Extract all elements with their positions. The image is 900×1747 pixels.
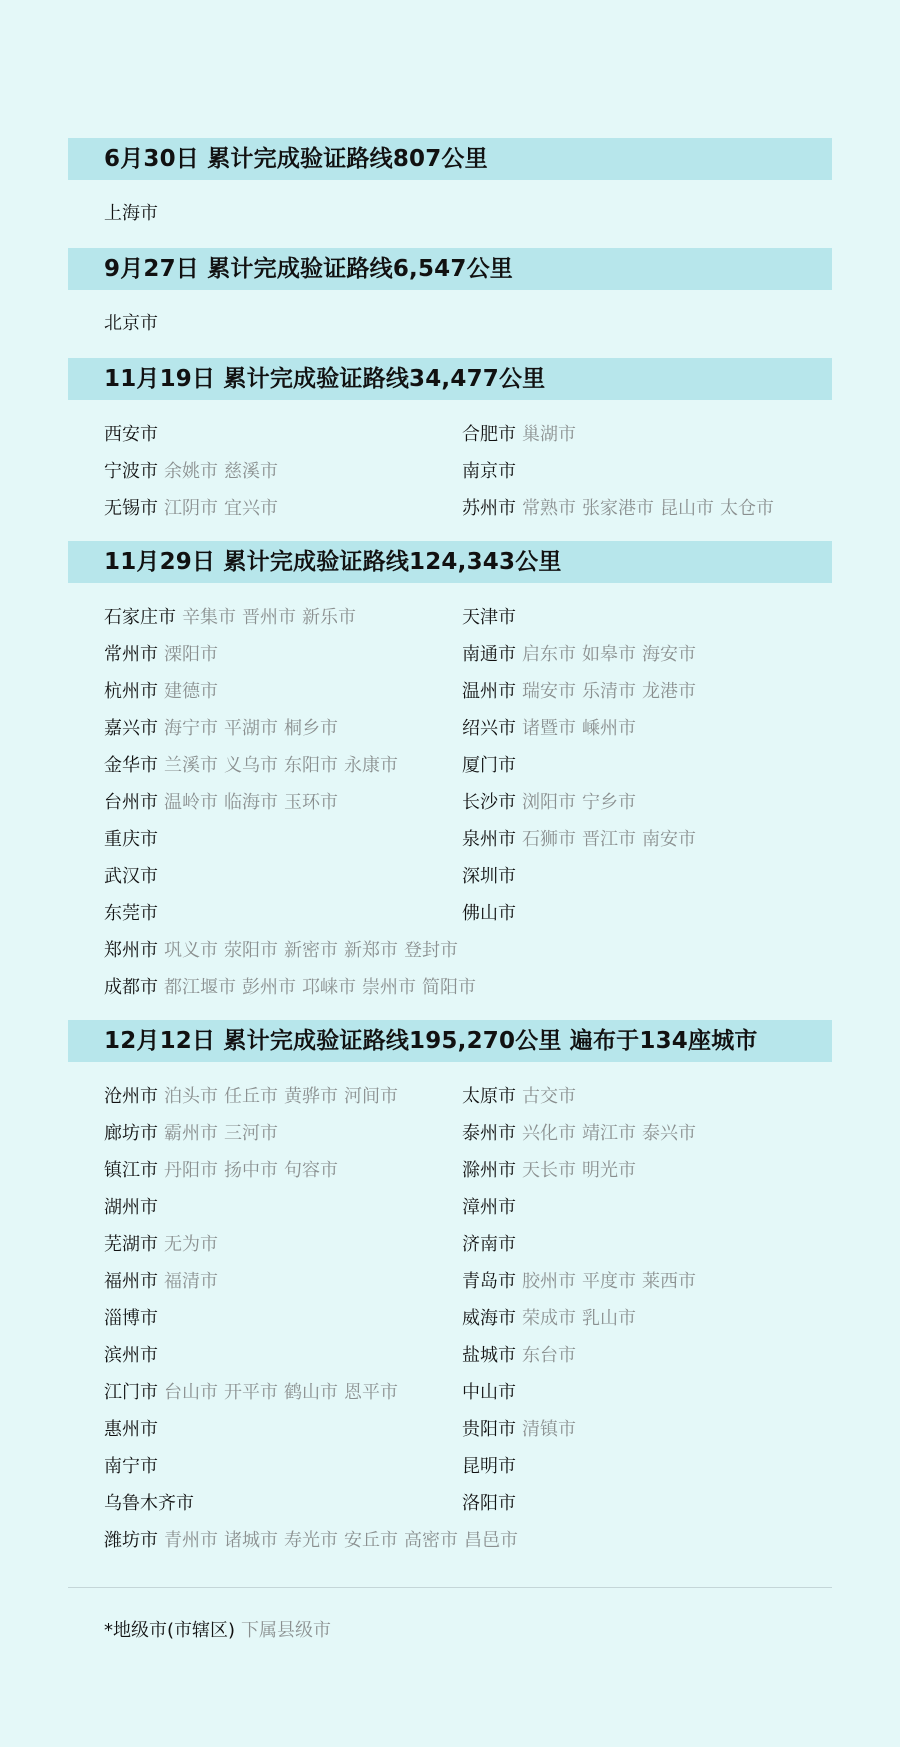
city-name: 佛山市 — [462, 903, 516, 924]
city-entry: 南通市启东市如皋市海安市 — [462, 636, 820, 673]
city-entry: 滁州市天长市明光市 — [462, 1152, 820, 1189]
city-row: 东莞市佛山市 — [104, 895, 832, 932]
city-row: 廊坊市霸州市三河市泰州市兴化市靖江市泰兴市 — [104, 1115, 832, 1152]
city-row: 杭州市建德市温州市瑞安市乐清市龙港市 — [104, 673, 832, 710]
county-city-name: 晋江市 — [582, 829, 636, 850]
county-city-list: 都江堰市彭州市邛崃市崇州市简阳市 — [164, 977, 482, 998]
county-city-list: 瑞安市乐清市龙港市 — [522, 681, 702, 702]
city-row: 湖州市漳州市 — [104, 1189, 832, 1226]
county-city-name: 诸城市 — [224, 1530, 278, 1551]
county-city-name: 无为市 — [164, 1234, 218, 1255]
county-city-name: 平度市 — [582, 1271, 636, 1292]
county-city-name: 南安市 — [642, 829, 696, 850]
city-name: 石家庄市 — [104, 607, 176, 628]
city-entry: 常州市溧阳市 — [104, 636, 462, 673]
county-city-name: 慈溪市 — [224, 461, 278, 482]
county-city-name: 昆山市 — [660, 498, 714, 519]
county-city-name: 溧阳市 — [164, 644, 218, 665]
city-entry: 南京市 — [462, 453, 820, 490]
city-entry: 绍兴市诸暨市嵊州市 — [462, 710, 820, 747]
county-city-name: 靖江市 — [582, 1123, 636, 1144]
city-name: 漳州市 — [462, 1197, 516, 1218]
city-entry: 苏州市常熟市张家港市昆山市太仓市 — [462, 490, 820, 527]
county-city-list: 江阴市宜兴市 — [164, 498, 284, 519]
city-row: 镇江市丹阳市扬中市句容市滁州市天长市明光市 — [104, 1152, 832, 1189]
county-city-name: 黄骅市 — [284, 1086, 338, 1107]
county-city-name: 江阴市 — [164, 498, 218, 519]
city-name: 昆明市 — [462, 1456, 516, 1477]
city-list: 西安市合肥市巢湖市宁波市余姚市慈溪市南京市无锡市江阴市宜兴市苏州市常熟市张家港市… — [68, 400, 832, 541]
city-name: 宁波市 — [104, 461, 158, 482]
city-entry: 洛阳市 — [462, 1485, 820, 1522]
city-list: 沧州市泊头市任丘市黄骅市河间市太原市古交市廊坊市霸州市三河市泰州市兴化市靖江市泰… — [68, 1062, 832, 1573]
county-city-name: 宜兴市 — [224, 498, 278, 519]
city-row: 惠州市贵阳市清镇市 — [104, 1411, 832, 1448]
city-entry: 贵阳市清镇市 — [462, 1411, 820, 1448]
footnote: *地级市(市辖区)下属县级市 — [68, 1588, 832, 1642]
county-city-name: 青州市 — [164, 1530, 218, 1551]
city-name: 贵阳市 — [462, 1419, 516, 1440]
county-city-list: 古交市 — [522, 1086, 582, 1107]
county-city-name: 寿光市 — [284, 1530, 338, 1551]
county-city-name: 开平市 — [224, 1382, 278, 1403]
county-city-name: 建德市 — [164, 681, 218, 702]
county-city-list: 巢湖市 — [522, 424, 582, 445]
city-name: 东莞市 — [104, 903, 158, 924]
city-entry: 东莞市 — [104, 895, 462, 932]
county-city-name: 简阳市 — [422, 977, 476, 998]
city-name: 南京市 — [462, 461, 516, 482]
county-city-list: 启东市如皋市海安市 — [522, 644, 702, 665]
city-entry: 武汉市 — [104, 858, 462, 895]
city-name: 嘉兴市 — [104, 718, 158, 739]
county-city-name: 东阳市 — [284, 755, 338, 776]
city-row: 乌鲁木齐市洛阳市 — [104, 1485, 832, 1522]
city-name: 杭州市 — [104, 681, 158, 702]
county-city-list: 余姚市慈溪市 — [164, 461, 284, 482]
county-city-name: 诸暨市 — [522, 718, 576, 739]
city-row: 江门市台山市开平市鹤山市恩平市中山市 — [104, 1374, 832, 1411]
city-name: 乌鲁木齐市 — [104, 1493, 194, 1514]
county-city-name: 古交市 — [522, 1086, 576, 1107]
city-name: 泰州市 — [462, 1123, 516, 1144]
city-entry: 泉州市石狮市晋江市南安市 — [462, 821, 820, 858]
county-city-name: 邛崃市 — [302, 977, 356, 998]
county-city-name: 崇州市 — [362, 977, 416, 998]
county-city-name: 句容市 — [284, 1160, 338, 1181]
section-header: 11月19日 累计完成验证路线34,477公里 — [68, 358, 832, 400]
city-name: 洛阳市 — [462, 1493, 516, 1514]
city-row: 武汉市深圳市 — [104, 858, 832, 895]
county-city-name: 嵊州市 — [582, 718, 636, 739]
city-entry: 乌鲁木齐市 — [104, 1485, 462, 1522]
city-entry: 泰州市兴化市靖江市泰兴市 — [462, 1115, 820, 1152]
county-city-name: 启东市 — [522, 644, 576, 665]
county-city-name: 登封市 — [404, 940, 458, 961]
city-entry: 江门市台山市开平市鹤山市恩平市 — [104, 1374, 462, 1411]
city-entry: 漳州市 — [462, 1189, 820, 1226]
county-city-name: 恩平市 — [344, 1382, 398, 1403]
city-name: 潍坊市 — [104, 1530, 158, 1551]
city-name: 沧州市 — [104, 1086, 158, 1107]
city-entry: 惠州市 — [104, 1411, 462, 1448]
city-name: 台州市 — [104, 792, 158, 813]
section-header: 12月12日 累计完成验证路线195,270公里 遍布于134座城市 — [68, 1020, 832, 1062]
city-name: 西安市 — [104, 424, 158, 445]
city-entry: 台州市温岭市临海市玉环市 — [104, 784, 462, 821]
section-header: 11月29日 累计完成验证路线124,343公里 — [68, 541, 832, 583]
city-name: 常州市 — [104, 644, 158, 665]
city-name: 深圳市 — [462, 866, 516, 887]
city-entry: 镇江市丹阳市扬中市句容市 — [104, 1152, 462, 1189]
county-city-name: 扬中市 — [224, 1160, 278, 1181]
county-city-name: 河间市 — [344, 1086, 398, 1107]
city-entry: 合肥市巢湖市 — [462, 416, 820, 453]
county-city-name: 兴化市 — [522, 1123, 576, 1144]
section-header: 6月30日 累计完成验证路线807公里 — [68, 138, 832, 180]
city-entry: 青岛市胶州市平度市莱西市 — [462, 1263, 820, 1300]
city-row: 石家庄市辛集市晋州市新乐市天津市 — [104, 599, 832, 636]
county-city-name: 义乌市 — [224, 755, 278, 776]
county-city-name: 新郑市 — [344, 940, 398, 961]
city-name: 盐城市 — [462, 1345, 516, 1366]
city-name: 芜湖市 — [104, 1234, 158, 1255]
city-entry: 郑州市巩义市荥阳市新密市新郑市登封市 — [104, 932, 824, 969]
county-city-name: 温岭市 — [164, 792, 218, 813]
county-city-name: 海宁市 — [164, 718, 218, 739]
county-city-name: 台山市 — [164, 1382, 218, 1403]
city-name: 北京市 — [68, 290, 832, 358]
county-city-name: 临海市 — [224, 792, 278, 813]
county-city-name: 三河市 — [224, 1123, 278, 1144]
city-entry: 金华市兰溪市义乌市东阳市永康市 — [104, 747, 462, 784]
city-entry: 济南市 — [462, 1226, 820, 1263]
county-city-list: 青州市诸城市寿光市安丘市高密市昌邑市 — [164, 1530, 524, 1551]
city-name: 惠州市 — [104, 1419, 158, 1440]
city-name: 绍兴市 — [462, 718, 516, 739]
county-city-name: 丹阳市 — [164, 1160, 218, 1181]
city-entry: 长沙市浏阳市宁乡市 — [462, 784, 820, 821]
county-city-name: 荣成市 — [522, 1308, 576, 1329]
city-entry: 芜湖市无为市 — [104, 1226, 462, 1263]
county-city-list: 兰溪市义乌市东阳市永康市 — [164, 755, 404, 776]
county-city-name: 昌邑市 — [464, 1530, 518, 1551]
city-entry: 湖州市 — [104, 1189, 462, 1226]
county-city-name: 张家港市 — [582, 498, 654, 519]
city-name: 镇江市 — [104, 1160, 158, 1181]
county-city-name: 龙港市 — [642, 681, 696, 702]
city-name: 武汉市 — [104, 866, 158, 887]
county-city-list: 诸暨市嵊州市 — [522, 718, 642, 739]
county-city-list: 海宁市平湖市桐乡市 — [164, 718, 344, 739]
footnote-primary: *地级市(市辖区) — [104, 1620, 235, 1641]
city-entry: 太原市古交市 — [462, 1078, 820, 1115]
city-row: 金华市兰溪市义乌市东阳市永康市厦门市 — [104, 747, 832, 784]
city-row: 无锡市江阴市宜兴市苏州市常熟市张家港市昆山市太仓市 — [104, 490, 832, 527]
county-city-list: 清镇市 — [522, 1419, 582, 1440]
county-city-list: 溧阳市 — [164, 644, 224, 665]
county-city-name: 高密市 — [404, 1530, 458, 1551]
city-name: 郑州市 — [104, 940, 158, 961]
city-entry: 中山市 — [462, 1374, 820, 1411]
city-entry: 沧州市泊头市任丘市黄骅市河间市 — [104, 1078, 462, 1115]
city-entry: 威海市荣成市乳山市 — [462, 1300, 820, 1337]
city-row: 南宁市昆明市 — [104, 1448, 832, 1485]
city-row: 郑州市巩义市荥阳市新密市新郑市登封市 — [104, 932, 832, 969]
city-entry: 无锡市江阴市宜兴市 — [104, 490, 462, 527]
city-entry: 石家庄市辛集市晋州市新乐市 — [104, 599, 462, 636]
county-city-name: 巢湖市 — [522, 424, 576, 445]
city-name: 江门市 — [104, 1382, 158, 1403]
county-city-list: 无为市 — [164, 1234, 224, 1255]
city-list: 石家庄市辛集市晋州市新乐市天津市常州市溧阳市南通市启东市如皋市海安市杭州市建德市… — [68, 583, 832, 1020]
city-name: 苏州市 — [462, 498, 516, 519]
city-entry: 宁波市余姚市慈溪市 — [104, 453, 462, 490]
county-city-list: 温岭市临海市玉环市 — [164, 792, 344, 813]
city-entry: 成都市都江堰市彭州市邛崃市崇州市简阳市 — [104, 969, 824, 1006]
city-name: 重庆市 — [104, 829, 158, 850]
city-entry: 温州市瑞安市乐清市龙港市 — [462, 673, 820, 710]
city-entry: 杭州市建德市 — [104, 673, 462, 710]
city-entry: 天津市 — [462, 599, 820, 636]
city-row: 重庆市泉州市石狮市晋江市南安市 — [104, 821, 832, 858]
county-city-name: 平湖市 — [224, 718, 278, 739]
county-city-list: 辛集市晋州市新乐市 — [182, 607, 362, 628]
city-row: 常州市溧阳市南通市启东市如皋市海安市 — [104, 636, 832, 673]
county-city-list: 石狮市晋江市南安市 — [522, 829, 702, 850]
city-row: 台州市温岭市临海市玉环市长沙市浏阳市宁乡市 — [104, 784, 832, 821]
route-validation-document: 6月30日 累计完成验证路线807公里上海市9月27日 累计完成验证路线6,54… — [68, 138, 832, 1642]
city-row: 滨州市盐城市东台市 — [104, 1337, 832, 1374]
county-city-name: 明光市 — [582, 1160, 636, 1181]
county-city-name: 安丘市 — [344, 1530, 398, 1551]
county-city-name: 石狮市 — [522, 829, 576, 850]
county-city-name: 桐乡市 — [284, 718, 338, 739]
section-header: 9月27日 累计完成验证路线6,547公里 — [68, 248, 832, 290]
county-city-list: 霸州市三河市 — [164, 1123, 284, 1144]
city-name: 金华市 — [104, 755, 158, 776]
city-entry: 厦门市 — [462, 747, 820, 784]
county-city-name: 如皋市 — [582, 644, 636, 665]
county-city-list: 台山市开平市鹤山市恩平市 — [164, 1382, 404, 1403]
city-entry: 潍坊市青州市诸城市寿光市安丘市高密市昌邑市 — [104, 1522, 824, 1559]
city-name: 太原市 — [462, 1086, 516, 1107]
county-city-list: 巩义市荥阳市新密市新郑市登封市 — [164, 940, 464, 961]
city-row: 成都市都江堰市彭州市邛崃市崇州市简阳市 — [104, 969, 832, 1006]
city-name: 青岛市 — [462, 1271, 516, 1292]
county-city-list: 浏阳市宁乡市 — [522, 792, 642, 813]
city-entry: 西安市 — [104, 416, 462, 453]
county-city-list: 东台市 — [522, 1345, 582, 1366]
county-city-name: 余姚市 — [164, 461, 218, 482]
city-entry: 福州市福清市 — [104, 1263, 462, 1300]
city-entry: 南宁市 — [104, 1448, 462, 1485]
county-city-name: 太仓市 — [720, 498, 774, 519]
city-row: 嘉兴市海宁市平湖市桐乡市绍兴市诸暨市嵊州市 — [104, 710, 832, 747]
city-name: 温州市 — [462, 681, 516, 702]
county-city-name: 清镇市 — [522, 1419, 576, 1440]
county-city-name: 霸州市 — [164, 1123, 218, 1144]
city-name: 福州市 — [104, 1271, 158, 1292]
county-city-list: 兴化市靖江市泰兴市 — [522, 1123, 702, 1144]
footnote-secondary: 下属县级市 — [241, 1620, 331, 1641]
city-name: 长沙市 — [462, 792, 516, 813]
county-city-name: 玉环市 — [284, 792, 338, 813]
county-city-list: 丹阳市扬中市句容市 — [164, 1160, 344, 1181]
city-row: 芜湖市无为市济南市 — [104, 1226, 832, 1263]
county-city-list: 胶州市平度市莱西市 — [522, 1271, 702, 1292]
county-city-name: 胶州市 — [522, 1271, 576, 1292]
city-name: 湖州市 — [104, 1197, 158, 1218]
city-name: 合肥市 — [462, 424, 516, 445]
county-city-name: 福清市 — [164, 1271, 218, 1292]
city-name: 厦门市 — [462, 755, 516, 776]
city-entry: 嘉兴市海宁市平湖市桐乡市 — [104, 710, 462, 747]
city-row: 沧州市泊头市任丘市黄骅市河间市太原市古交市 — [104, 1078, 832, 1115]
city-entry: 滨州市 — [104, 1337, 462, 1374]
county-city-name: 宁乡市 — [582, 792, 636, 813]
city-name: 无锡市 — [104, 498, 158, 519]
city-name: 中山市 — [462, 1382, 516, 1403]
county-city-name: 辛集市 — [182, 607, 236, 628]
city-name: 淄博市 — [104, 1308, 158, 1329]
city-name: 成都市 — [104, 977, 158, 998]
city-name: 天津市 — [462, 607, 516, 628]
sections-container: 6月30日 累计完成验证路线807公里上海市9月27日 累计完成验证路线6,54… — [68, 138, 832, 1573]
city-name: 南宁市 — [104, 1456, 158, 1477]
city-row: 宁波市余姚市慈溪市南京市 — [104, 453, 832, 490]
city-entry: 淄博市 — [104, 1300, 462, 1337]
city-entry: 昆明市 — [462, 1448, 820, 1485]
county-city-name: 鹤山市 — [284, 1382, 338, 1403]
county-city-list: 荣成市乳山市 — [522, 1308, 642, 1329]
city-name: 廊坊市 — [104, 1123, 158, 1144]
county-city-name: 东台市 — [522, 1345, 576, 1366]
county-city-name: 永康市 — [344, 755, 398, 776]
city-row: 福州市福清市青岛市胶州市平度市莱西市 — [104, 1263, 832, 1300]
county-city-name: 泊头市 — [164, 1086, 218, 1107]
city-name: 泉州市 — [462, 829, 516, 850]
city-row: 潍坊市青州市诸城市寿光市安丘市高密市昌邑市 — [104, 1522, 832, 1559]
city-name: 南通市 — [462, 644, 516, 665]
county-city-name: 海安市 — [642, 644, 696, 665]
county-city-list: 福清市 — [164, 1271, 224, 1292]
city-entry: 盐城市东台市 — [462, 1337, 820, 1374]
county-city-name: 天长市 — [522, 1160, 576, 1181]
city-entry: 重庆市 — [104, 821, 462, 858]
county-city-name: 彭州市 — [242, 977, 296, 998]
county-city-name: 都江堰市 — [164, 977, 236, 998]
city-row: 淄博市威海市荣成市乳山市 — [104, 1300, 832, 1337]
county-city-list: 天长市明光市 — [522, 1160, 642, 1181]
county-city-name: 任丘市 — [224, 1086, 278, 1107]
city-entry: 廊坊市霸州市三河市 — [104, 1115, 462, 1152]
county-city-name: 晋州市 — [242, 607, 296, 628]
county-city-name: 新乐市 — [302, 607, 356, 628]
city-name: 滨州市 — [104, 1345, 158, 1366]
city-name: 上海市 — [68, 180, 832, 248]
county-city-name: 泰兴市 — [642, 1123, 696, 1144]
county-city-name: 浏阳市 — [522, 792, 576, 813]
county-city-list: 建德市 — [164, 681, 224, 702]
county-city-name: 常熟市 — [522, 498, 576, 519]
county-city-name: 乐清市 — [582, 681, 636, 702]
county-city-name: 巩义市 — [164, 940, 218, 961]
city-row: 西安市合肥市巢湖市 — [104, 416, 832, 453]
county-city-name: 兰溪市 — [164, 755, 218, 776]
city-name: 滁州市 — [462, 1160, 516, 1181]
city-entry: 佛山市 — [462, 895, 820, 932]
county-city-list: 泊头市任丘市黄骅市河间市 — [164, 1086, 404, 1107]
city-name: 济南市 — [462, 1234, 516, 1255]
county-city-list: 常熟市张家港市昆山市太仓市 — [522, 498, 780, 519]
county-city-name: 乳山市 — [582, 1308, 636, 1329]
city-entry: 深圳市 — [462, 858, 820, 895]
county-city-name: 新密市 — [284, 940, 338, 961]
county-city-name: 莱西市 — [642, 1271, 696, 1292]
city-name: 威海市 — [462, 1308, 516, 1329]
county-city-name: 瑞安市 — [522, 681, 576, 702]
county-city-name: 荥阳市 — [224, 940, 278, 961]
